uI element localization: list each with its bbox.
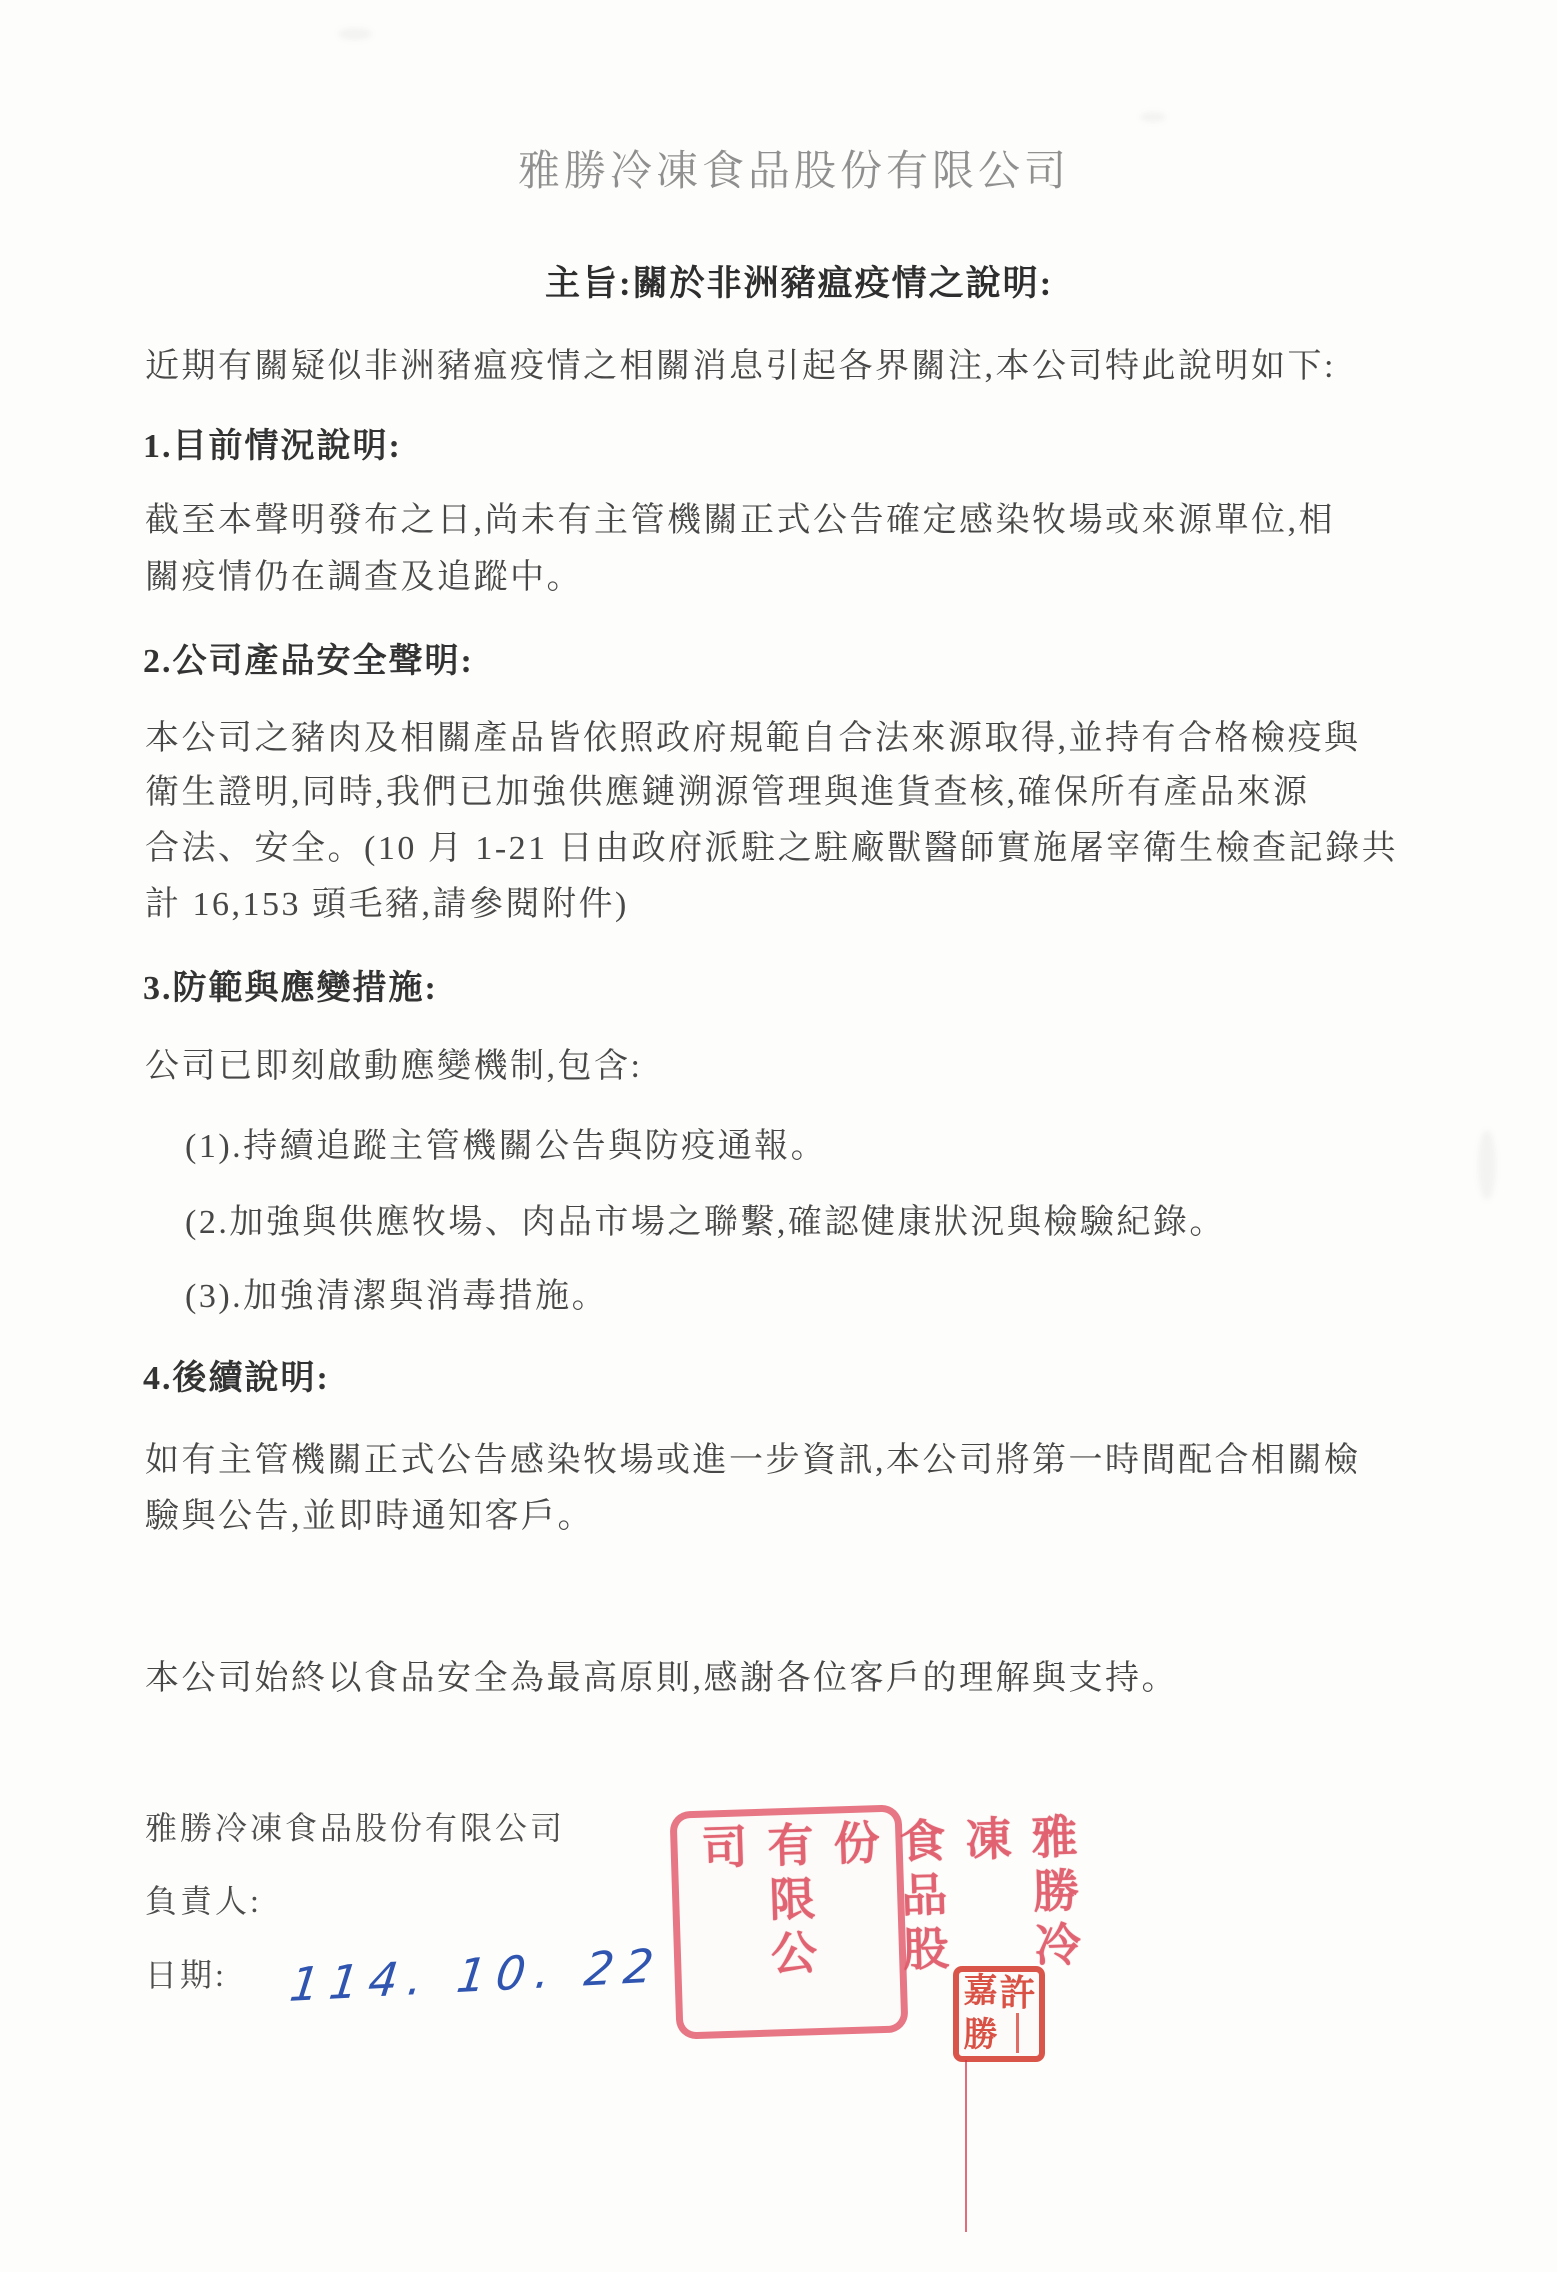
list-item-3: (3).加強清潔與消毒措施。: [185, 1268, 608, 1317]
scanned-document-page: 雅勝冷凍食品股份有限公司 主旨:關於非洲豬瘟疫情之說明: 近期有關疑似非洲豬瘟疫…: [0, 0, 1557, 2272]
section-4-heading: 4.後續說明:: [143, 1350, 330, 1399]
company-seal-stamp: 雅勝冷凍 食品股份 有限公司: [669, 1804, 908, 2039]
date-label: 日期:: [145, 1950, 227, 1996]
name-seal-right-column: 許: [999, 1975, 1036, 2053]
section-1-line: 關疫情仍在調查及追蹤中。: [145, 549, 583, 598]
subject-line: 主旨:關於非洲豬瘟疫情之說明:: [545, 256, 1053, 306]
name-seal-char: 嘉: [964, 1975, 998, 2009]
seal-column-left: 有限公司: [687, 1820, 825, 2026]
signature-company-name: 雅勝冷凍食品股份有限公司: [145, 1803, 565, 1849]
section-3-heading: 3.防範與應變措施:: [143, 960, 438, 1009]
company-title: 雅勝冷凍食品股份有限公司: [518, 138, 1070, 198]
scan-smudge: [1140, 112, 1166, 122]
closing-paragraph: 本公司始終以食品安全為最高原則,感謝各位客戶的理解與支持。: [145, 1650, 1178, 1699]
scan-smudge: [338, 28, 372, 40]
section-2-line: 計 16,153 頭毛豬,請參閱附件): [145, 876, 629, 925]
handwritten-date: 114. 10. 22: [287, 1938, 667, 2012]
name-seal-char: 勝: [964, 2019, 998, 2053]
list-item-2: (2.加強與供應牧場、肉品市場之聯繫,確認健康狀況與檢驗紀錄。: [185, 1194, 1226, 1243]
section-4-line: 驗與公告,並即時通知客戶。: [145, 1488, 594, 1537]
section-2-line: 合法、安全。(10 月 1-21 日由政府派駐之駐廠獸醫師實施屠宰衛生檢查記錄共: [145, 820, 1398, 869]
scan-smudge: [1478, 1130, 1496, 1200]
responsible-person-label: 負責人:: [145, 1876, 262, 1922]
section-2-heading: 2.公司產品安全聲明:: [143, 633, 474, 682]
section-2-line: 衛生證明,同時,我們已加強供應鏈溯源管理與進貨查核,確保所有產品來源: [145, 764, 1310, 813]
seal-ink-line: [965, 2060, 967, 2232]
list-item-1: (1).持續追蹤主管機關公告與防疫通報。: [185, 1118, 827, 1167]
name-seal-stamp: 許 嘉 勝: [953, 1966, 1045, 2062]
section-2-line: 本公司之豬肉及相關產品皆依照政府規範自合法來源取得,並持有合格檢疫與: [145, 710, 1361, 759]
section-1-line: 截至本聲明發布之日,尚未有主管機關正式公告確定感染牧場或來源單位,相: [145, 492, 1335, 541]
seal-stroke: [1016, 2013, 1019, 2053]
section-1-heading: 1.目前情況說明:: [143, 418, 402, 467]
name-seal-char: 許: [999, 1975, 1035, 2011]
seal-column-middle: 食品股份: [819, 1816, 957, 2022]
section-4-line: 如有主管機關正式公告感染牧場或進一步資訊,本公司將第一時間配合相關檢: [145, 1432, 1361, 1481]
section-3-line: 公司已即刻啟動應變機制,包含:: [145, 1038, 642, 1087]
intro-paragraph: 近期有關疑似非洲豬瘟疫情之相關消息引起各界關注,本公司特此說明如下:: [145, 338, 1336, 387]
name-seal-left-column: 嘉 勝: [962, 1975, 999, 2053]
